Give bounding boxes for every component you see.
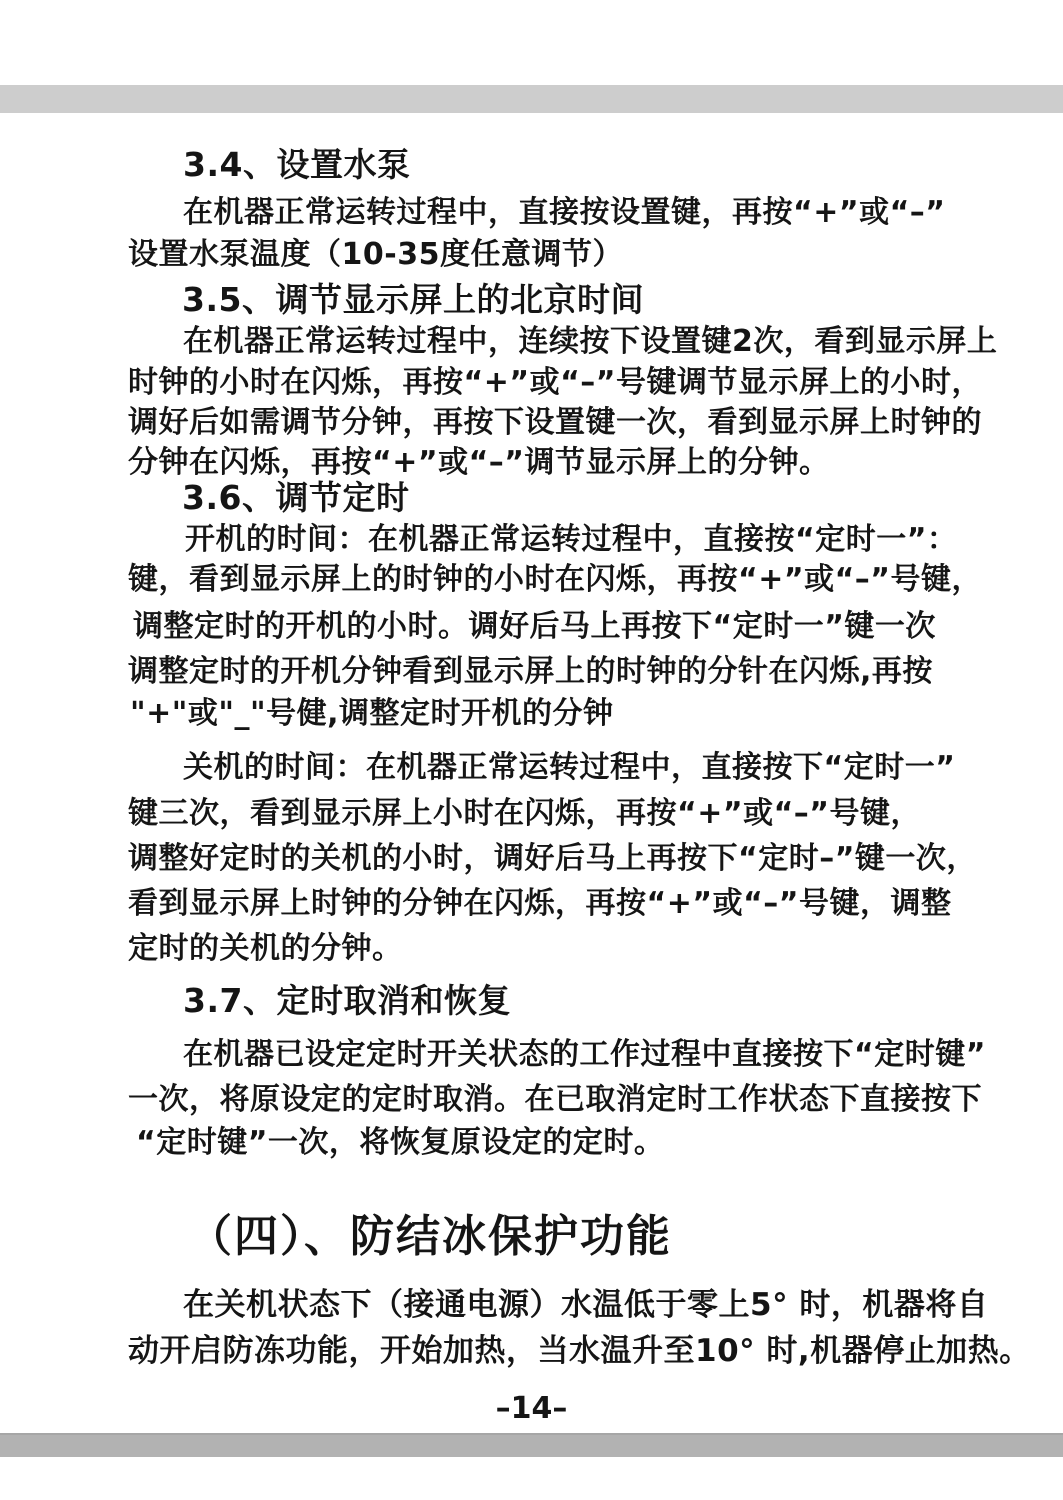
body-line: 关机的时间：在机器正常运转过程中，直接按下“定时一”	[183, 751, 955, 786]
body-line: 开机的时间：在机器正常运转过程中，直接按“定时一”：	[185, 523, 957, 558]
body-line: 在机器正常运转过程中，直接按设置键，再按“+”或“–”	[183, 196, 946, 231]
bottom-gray-bar	[0, 1433, 1063, 1457]
body-line: 定时的关机的分钟。	[128, 932, 403, 967]
body-line: 在机器正常运转过程中，连续按下设置键2次，看到显示屏上	[183, 325, 997, 360]
body-line: 调整好定时的关机的小时，调好后马上再按下“定时–”键一次，	[128, 842, 977, 877]
section-heading-3-7: 3.7、定时取消和恢复	[183, 982, 511, 1020]
body-line: 动开启防冻功能，开始加热，当水温升至10° 时,机器停止加热。	[128, 1334, 1031, 1370]
body-line: “定时键”一次，将恢复原设定的定时。	[136, 1126, 664, 1161]
section-heading-3-5: 3.5、调节显示屏上的北京时间	[182, 281, 644, 319]
body-line: 设置水泵温度（10-35度任意调节）	[128, 238, 623, 273]
section-heading-3-4: 3.4、设置水泵	[183, 146, 410, 184]
body-line: 分钟在闪烁，再按“+”或“–”调节显示屏上的分钟。	[128, 446, 830, 481]
body-line: 在关机状态下（接通电源）水温低于零上5° 时，机器将自	[183, 1288, 988, 1324]
manual-page: 3.4、设置水泵 在机器正常运转过程中，直接按设置键，再按“+”或“–” 设置水…	[0, 0, 1063, 1500]
section-heading-4-anti-freeze: （四）、防结冰保护功能	[188, 1212, 672, 1263]
page-number: –14–	[0, 1391, 1063, 1426]
body-line: 键，看到显示屏上的时钟的小时在闪烁，再按“+”或“–”号键，	[128, 563, 982, 598]
body-line: 调好后如需调节分钟，再按下设置键一次，看到显示屏上时钟的	[128, 406, 982, 441]
body-line: 时钟的小时在闪烁，再按“+”或“–”号键调节显示屏上的小时，	[128, 366, 982, 401]
section-heading-3-6: 3.6、调节定时	[182, 479, 409, 517]
body-line: "+"或"_"号健,调整定时开机的分钟	[130, 697, 614, 732]
top-gray-bar	[0, 85, 1063, 113]
body-line: 一次，将原设定的定时取消。在已取消定时工作状态下直接按下	[128, 1083, 982, 1118]
body-line: 调整定时的开机分钟看到显示屏上的时钟的分针在闪烁,再按	[128, 655, 933, 690]
body-line: 调整定时的开机的小时。调好后马上再按下“定时一”键一次	[133, 610, 936, 645]
body-line: 看到显示屏上时钟的分钟在闪烁，再按“+”或“–”号键，调整	[128, 887, 952, 922]
body-line: 键三次，看到显示屏上小时在闪烁，再按“+”或“–”号键，	[128, 797, 921, 832]
body-line: 在机器已设定定时开关状态的工作过程中直接按下“定时键”	[183, 1038, 986, 1073]
